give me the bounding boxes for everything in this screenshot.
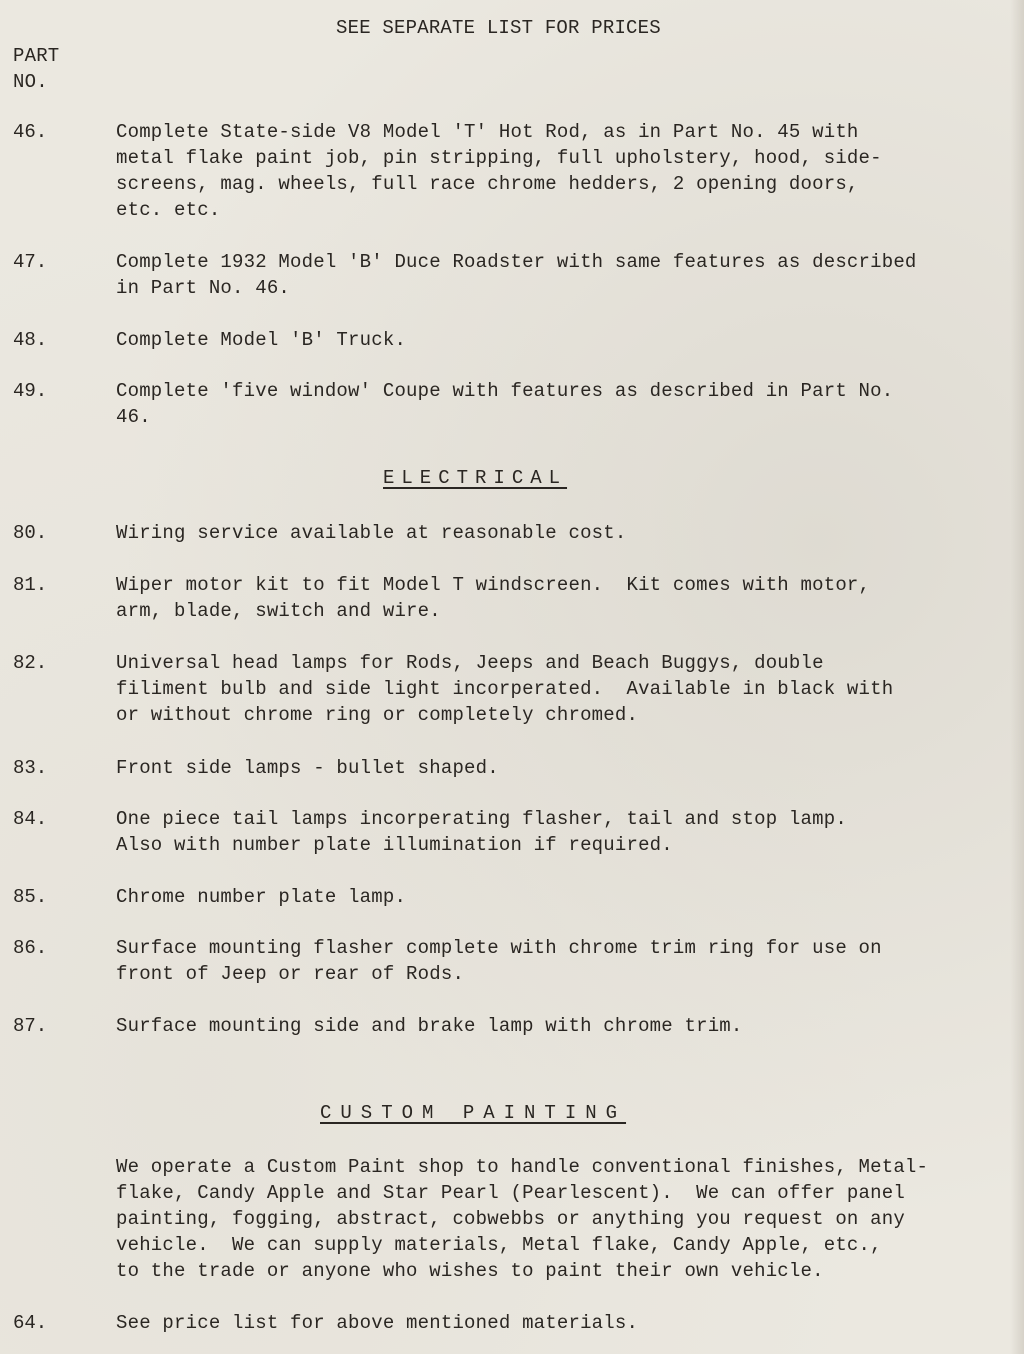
part-number: 82. bbox=[13, 650, 47, 676]
item-description-line: Wiper motor kit to fit Model T windscree… bbox=[116, 572, 870, 598]
item-description-line: metal flake paint job, pin stripping, fu… bbox=[116, 145, 882, 171]
page-title: SEE SEPARATE LIST FOR PRICES bbox=[336, 15, 661, 41]
section-heading-custom-painting: CUSTOM PAINTING bbox=[320, 1102, 626, 1124]
item-description-line: Wiring service available at reasonable c… bbox=[116, 520, 626, 546]
paragraph-line: flake, Candy Apple and Star Pearl (Pearl… bbox=[116, 1180, 905, 1206]
part-number: 48. bbox=[13, 327, 47, 353]
part-number: 46. bbox=[13, 119, 47, 145]
item-description-line: Universal head lamps for Rods, Jeeps and… bbox=[116, 650, 824, 676]
item-description-line: front of Jeep or rear of Rods. bbox=[116, 961, 464, 987]
item-description-line: or without chrome ring or completely chr… bbox=[116, 702, 638, 728]
page-edge-shadow bbox=[1010, 0, 1024, 1354]
item-description-line: Chrome number plate lamp. bbox=[116, 884, 406, 910]
paragraph-line: vehicle. We can supply materials, Metal … bbox=[116, 1232, 882, 1258]
part-number: 85. bbox=[13, 884, 47, 910]
item-description-line: Complete 'five window' Coupe with featur… bbox=[116, 378, 893, 404]
item-description-line: Complete State-side V8 Model 'T' Hot Rod… bbox=[116, 119, 859, 145]
item-description-line: etc. etc. bbox=[116, 197, 220, 223]
item-description-line: Surface mounting flasher complete with c… bbox=[116, 935, 882, 961]
paragraph-line: to the trade or anyone who wishes to pai… bbox=[116, 1258, 824, 1284]
part-number: 86. bbox=[13, 935, 47, 961]
paragraph-line: painting, fogging, abstract, cobwebbs or… bbox=[116, 1206, 905, 1232]
part-column-label: PART bbox=[13, 43, 59, 69]
item-description-line: One piece tail lamps incorperating flash… bbox=[116, 806, 847, 832]
item-description-line: Complete 1932 Model 'B' Duce Roadster wi… bbox=[116, 249, 917, 275]
item-description-line: Front side lamps - bullet shaped. bbox=[116, 755, 499, 781]
item-description-line: Complete Model 'B' Truck. bbox=[116, 327, 406, 353]
part-number: 87. bbox=[13, 1013, 47, 1039]
paragraph-line: We operate a Custom Paint shop to handle… bbox=[116, 1154, 928, 1180]
item-description-line: Also with number plate illumination if r… bbox=[116, 832, 673, 858]
item-description-line: Surface mounting side and brake lamp wit… bbox=[116, 1013, 743, 1039]
part-number: 64. bbox=[13, 1310, 47, 1336]
item-description-line: 46. bbox=[116, 404, 151, 430]
item-description-line: in Part No. 46. bbox=[116, 275, 290, 301]
section-heading-electrical: ELECTRICAL bbox=[383, 467, 567, 489]
part-number: 47. bbox=[13, 249, 47, 275]
part-number: 49. bbox=[13, 378, 47, 404]
part-number: 80. bbox=[13, 520, 47, 546]
part-number: 81. bbox=[13, 572, 47, 598]
part-number: 84. bbox=[13, 806, 47, 832]
item-description-line: filiment bulb and side light incorperate… bbox=[116, 676, 893, 702]
item-description-line: See price list for above mentioned mater… bbox=[116, 1310, 638, 1336]
item-description-line: screens, mag. wheels, full race chrome h… bbox=[116, 171, 859, 197]
part-number: 83. bbox=[13, 755, 47, 781]
item-description-line: arm, blade, switch and wire. bbox=[116, 598, 441, 624]
part-column-label-2: NO. bbox=[13, 69, 48, 95]
